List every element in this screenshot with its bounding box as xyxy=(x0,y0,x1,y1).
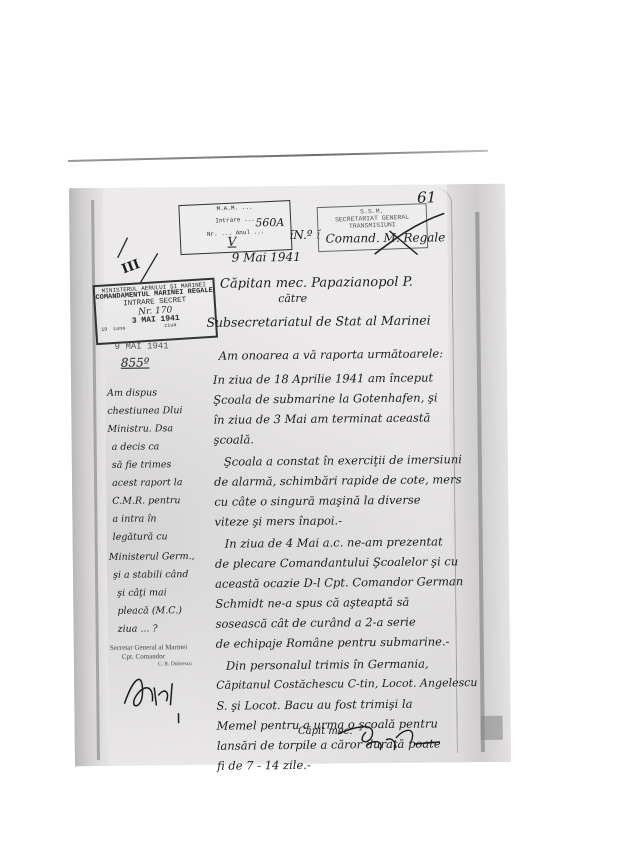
body-line: Şcoala de submarine la Gotenhafen, şi xyxy=(213,390,437,406)
margin-note-line: Ministerul Germ., xyxy=(109,551,195,563)
margin-note-line: pleacă (M.C.) xyxy=(117,605,182,617)
ministry-entry-stamp: MINISTERUL AERULUI ŞI MARINEI COMANDAMEN… xyxy=(93,278,219,346)
margin-note-line: şi a stabili când xyxy=(113,569,188,581)
margin-note-line: chestiunea Dlui xyxy=(107,405,182,417)
margin-printed-title: Secretar General al Marinei xyxy=(110,643,188,652)
scanned-document-sheet: 61 M.A.M. ... Intrare ... Nr. ... Anul .… xyxy=(69,184,511,767)
body-line: Şcoala a constat în exerciţii de imersiu… xyxy=(224,452,462,468)
body-line: sosească cât de curând a 2-a serie xyxy=(215,615,415,631)
body-line: S. şi Locot. Bacu au fost trimişi la xyxy=(216,697,412,713)
body-line: In ziua de 4 Mai a.c. ne-am prezentat xyxy=(225,534,443,550)
author-signature-icon xyxy=(336,716,446,756)
ministry-stamp-footer-year: 19 xyxy=(101,327,107,333)
body-line: în ziua de 3 Mai am terminat această xyxy=(213,411,430,427)
ministry-stamp-footer-day: ziua xyxy=(164,322,176,329)
body-line: Din personalul trimis în Germania, xyxy=(226,657,429,673)
number-mark: 855º xyxy=(121,355,150,369)
photocopy-edge-line xyxy=(68,150,488,162)
body-line: Schmidt ne-a spus că aşteaptă să xyxy=(215,595,409,611)
body-line: această ocazie D-l Cpt. Comandor German xyxy=(215,574,463,591)
margin-note-line: acest raport la xyxy=(112,477,183,489)
slash-mark-icon xyxy=(109,235,170,286)
registry-stamp-line: M.A.M. ... xyxy=(179,203,289,214)
body-line: Căpitanul Costăchescu C-tin, Locot. Ange… xyxy=(216,676,477,692)
margin-note-line: C.M.R. pentru xyxy=(112,495,180,507)
body-line: viteze şi mers înapoi.- xyxy=(214,513,342,528)
body-line: de plecare Comandantului Şcoalelor şi cu xyxy=(215,554,458,571)
margin-note-line: a decis ca xyxy=(112,441,160,452)
body-line: In ziua de 18 Aprilie 1941 am început xyxy=(213,370,433,386)
body-line: fi de 7 - 14 zile.- xyxy=(217,758,311,773)
right-edge-mark xyxy=(481,716,503,740)
margin-note-line: ziua ... ? xyxy=(118,623,158,634)
date-stamp: 9 MAI 1941 xyxy=(115,341,169,352)
margin-note-line: Ministru. Dsa xyxy=(107,423,173,435)
margin-note-line: să fie trimes xyxy=(112,459,172,471)
margin-printed-rank: Cpt. Comandor xyxy=(122,652,165,660)
body-line: Am onoarea a vă raporta următoarele: xyxy=(219,346,443,362)
margin-note-line: Am dispus xyxy=(107,387,157,399)
letter-date: 9 Mai 1941 xyxy=(232,250,301,265)
body-line: de echipaje Române pentru submarine.- xyxy=(216,634,450,650)
ministry-stamp-footer-month: Luna xyxy=(113,326,125,333)
margin-note-line: legătură cu xyxy=(113,531,168,543)
letter-to-label: către xyxy=(278,292,307,305)
margin-note-line: şi câţi mai xyxy=(117,587,167,599)
margin-note-line: a intra în xyxy=(112,513,156,524)
registry-roman: V xyxy=(227,235,236,249)
margin-signature-icon xyxy=(114,665,195,726)
body-line: cu câte o singură maşină la diverse xyxy=(214,493,420,509)
body-line: şcoală. xyxy=(214,432,254,446)
letter-recipient: Subsecretariatul de Stat al Marinei xyxy=(206,313,430,330)
registry-number: 560A xyxy=(255,216,284,229)
cross-out-mark-icon xyxy=(369,208,450,259)
registry-suffix: ĭN.º ĭ xyxy=(289,228,320,242)
body-line: de alarmă, schimbări rapide de cote, mer… xyxy=(214,472,462,489)
letter-sender: Căpitan mec. Papazianopol P. xyxy=(220,275,413,292)
